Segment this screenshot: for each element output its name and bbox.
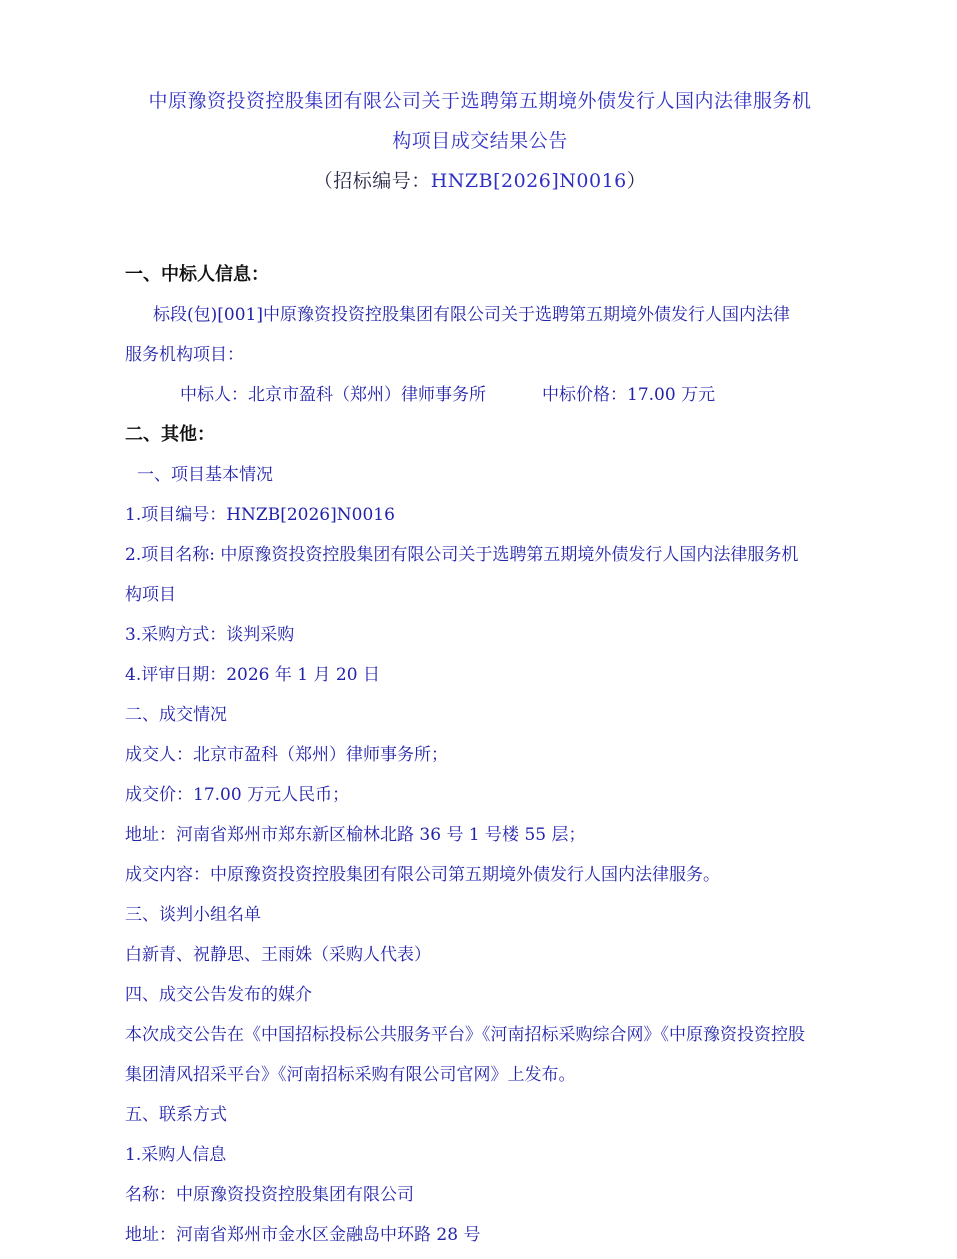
- title-line-1: 中原豫资投资控股集团有限公司关于选聘第五期境外债发行人国内法律服务机: [125, 81, 835, 121]
- purchaser-info-heading: 1.采购人信息: [125, 1135, 840, 1175]
- section-heading-other: 二、其他：: [125, 415, 840, 455]
- subheading-publication-media: 四、成交公告发布的媒介: [125, 975, 840, 1015]
- bid-number: HNZB[2026]N0016: [431, 170, 627, 192]
- publication-media-line-1: 本次成交公告在《中国招标投标公共服务平台》《河南招标采购综合网》《中原豫资投资控…: [125, 1015, 840, 1055]
- title-line-2: 构项目成交结果公告: [125, 121, 835, 161]
- deal-info-item: 成交内容：中原豫资投资控股集团有限公司第五期境外债发行人国内法律服务。: [125, 855, 840, 895]
- subheading-deal-info: 二、成交情况: [125, 695, 840, 735]
- basic-info-item: 构项目: [125, 575, 840, 615]
- lot-description-line-2: 服务机构项目：: [125, 335, 840, 375]
- publication-media-line-2: 集团清风招采平台》《河南招标采购有限公司官网》上发布。: [125, 1055, 840, 1095]
- basic-info-item: 3.采购方式：谈判采购: [125, 615, 840, 655]
- deal-info-item: 成交人：北京市盈科（郑州）律师事务所；: [125, 735, 840, 775]
- winner-name: 中标人：北京市盈科（郑州）律师事务所: [180, 385, 486, 405]
- basic-info-item: 1.项目编号：HNZB[2026]N0016: [125, 495, 840, 535]
- subheading-contact: 五、联系方式: [125, 1095, 840, 1135]
- subheading-negotiation-panel: 三、谈判小组名单: [125, 895, 840, 935]
- purchaser-name: 名称：中原豫资投资控股集团有限公司: [125, 1175, 840, 1215]
- document-body: 一、中标人信息： 标段(包)[001]中原豫资投资控股集团有限公司关于选聘第五期…: [125, 255, 840, 1255]
- purchaser-address: 地址：河南省郑州市金水区金融岛中环路 28 号: [125, 1215, 840, 1255]
- winner-price-row: 中标人：北京市盈科（郑州）律师事务所中标价格：17.00 万元: [125, 375, 840, 415]
- document-title: 中原豫资投资控股集团有限公司关于选聘第五期境外债发行人国内法律服务机 构项目成交…: [125, 81, 835, 201]
- bid-number-suffix: ）: [627, 170, 647, 192]
- section-heading-winner-info: 一、中标人信息：: [125, 255, 840, 295]
- bid-number-prefix: （招标编号：: [314, 170, 431, 192]
- basic-info-item: 4.评审日期：2026 年 1 月 20 日: [125, 655, 840, 695]
- winning-price: 中标价格：17.00 万元: [542, 385, 715, 405]
- basic-info-item: 2.项目名称: 中原豫资投资控股集团有限公司关于选聘第五期境外债发行人国内法律服…: [125, 535, 840, 575]
- panel-members: 白新青、祝静思、王雨姝（采购人代表）: [125, 935, 840, 975]
- deal-info-item: 地址：河南省郑州市郑东新区榆林北路 36 号 1 号楼 55 层；: [125, 815, 840, 855]
- lot-description-line-1: 标段(包)[001]中原豫资投资控股集团有限公司关于选聘第五期境外债发行人国内法…: [125, 295, 840, 335]
- document-page: 中原豫资投资控股集团有限公司关于选聘第五期境外债发行人国内法律服务机 构项目成交…: [0, 0, 957, 1259]
- bid-number-line: （招标编号：HNZB[2026]N0016）: [125, 161, 835, 201]
- subheading-basic-info: 一、项目基本情况: [125, 455, 840, 495]
- deal-info-item: 成交价：17.00 万元人民币；: [125, 775, 840, 815]
